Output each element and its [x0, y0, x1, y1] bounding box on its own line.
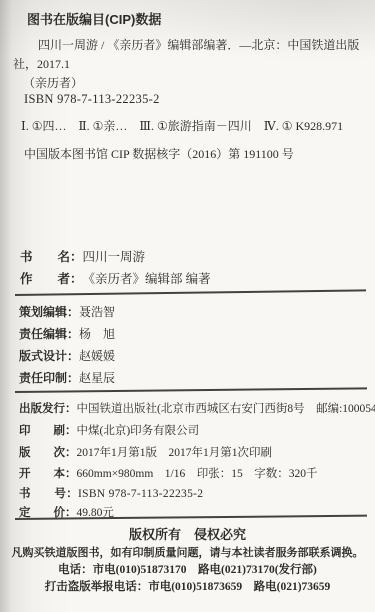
copyright-notice: 版权所有 侵权必究 [0, 524, 375, 543]
publishing-row-publisher: 出版发行： 中国铁道出版社(北京市西城区右安门西街8号 邮编:100054) [19, 400, 375, 416]
editor-value: 聂浩智 [79, 303, 115, 320]
cip-description-line-2: 社，2017.1 [13, 55, 70, 72]
editor-label: 责任印制： [19, 369, 79, 386]
copyright-exchange-line: 凡购买铁道版图书，如有印制质量问题，请与本社读者服务部联系调换。 [0, 544, 375, 560]
publishing-value: 中煤(北京)印务有限公司 [77, 422, 200, 438]
publishing-value: 660mm×980mm 1/16 印张：15 字数：320千 [77, 465, 318, 481]
editor-value: 杨 旭 [79, 325, 115, 342]
publishing-value: 2017年1月第1版 2017年1月第1次印刷 [77, 444, 273, 460]
book-title-value: 四川一周游 [83, 247, 146, 265]
publishing-label: 印 刷： [19, 422, 77, 438]
cip-heading: 图书在版编目(CIP)数据 [27, 9, 161, 28]
book-author-value: 《亲历者》编辑部 编著 [83, 269, 211, 287]
cip-registry-number: 中国版本图书馆 CIP 数据核字（2016）第 191100 号 [24, 145, 294, 162]
copyright-page: 图书在版编目(CIP)数据 四川一周游 / 《亲历者》编辑部编著．—北京：中国铁… [0, 0, 375, 612]
book-title-row: 书 名： 四川一周游 [20, 247, 145, 265]
editor-label: 策划编辑： [19, 303, 79, 320]
publishing-label: 版 次： [19, 444, 77, 460]
editor-value: 赵星辰 [79, 369, 115, 386]
book-author-label: 作 者： [20, 269, 83, 287]
copyright-piracy-line: 打击盗版举报电话：市电(010)51873659 路电(021)73659 [0, 578, 375, 594]
cip-series-note: （亲历者） [23, 74, 83, 91]
publishing-value: ISBN 978-7-113-22235-2 [78, 488, 203, 500]
editor-label: 责任编辑： [19, 325, 79, 342]
cip-description-line-1: 四川一周游 / 《亲历者》编辑部编著．—北京：中国铁道出版 [38, 36, 359, 53]
publishing-label: 出版发行： [19, 400, 77, 416]
publishing-value: 中国铁道出版社(北京市西城区右安门西街8号 邮编:100054) [77, 400, 375, 416]
cip-isbn: ISBN 978-7-113-22235-2 [24, 92, 160, 107]
editor-value: 赵媛媛 [79, 347, 115, 364]
book-title-label: 书 名： [20, 247, 83, 265]
publishing-row-printer: 印 刷： 中煤(北京)印务有限公司 [19, 422, 199, 438]
editor-label: 版式设计： [19, 347, 79, 364]
publishing-label: 开 本： [19, 465, 77, 481]
publishing-row-edition: 版 次： 2017年1月第1版 2017年1月第1次印刷 [19, 444, 272, 460]
editor-row-print-supervisor: 责任印制： 赵星辰 [19, 369, 115, 386]
divider-line-1 [15, 289, 366, 295]
publishing-label: 书 号： [19, 485, 78, 501]
cip-classification: Ⅰ. ①四… Ⅱ. ①亲… Ⅲ. ①旅游指南－四川 Ⅳ. ① K928.971 [21, 117, 343, 134]
publishing-row-book-number: 书 号： ISBN 978-7-113-22235-2 [19, 485, 203, 501]
book-author-row: 作 者： 《亲历者》编辑部 编著 [20, 269, 211, 287]
divider-line-2 [15, 387, 367, 392]
copyright-phone-line: 电话：市电(010)51873170 路电(021)73170(发行部) [0, 561, 375, 577]
editor-row-planning: 策划编辑： 聂浩智 [19, 303, 115, 320]
publishing-row-format: 开 本： 660mm×980mm 1/16 印张：15 字数：320千 [19, 465, 317, 481]
editor-row-layout-design: 版式设计： 赵媛媛 [19, 347, 115, 364]
editor-row-responsible: 责任编辑： 杨 旭 [19, 325, 115, 342]
